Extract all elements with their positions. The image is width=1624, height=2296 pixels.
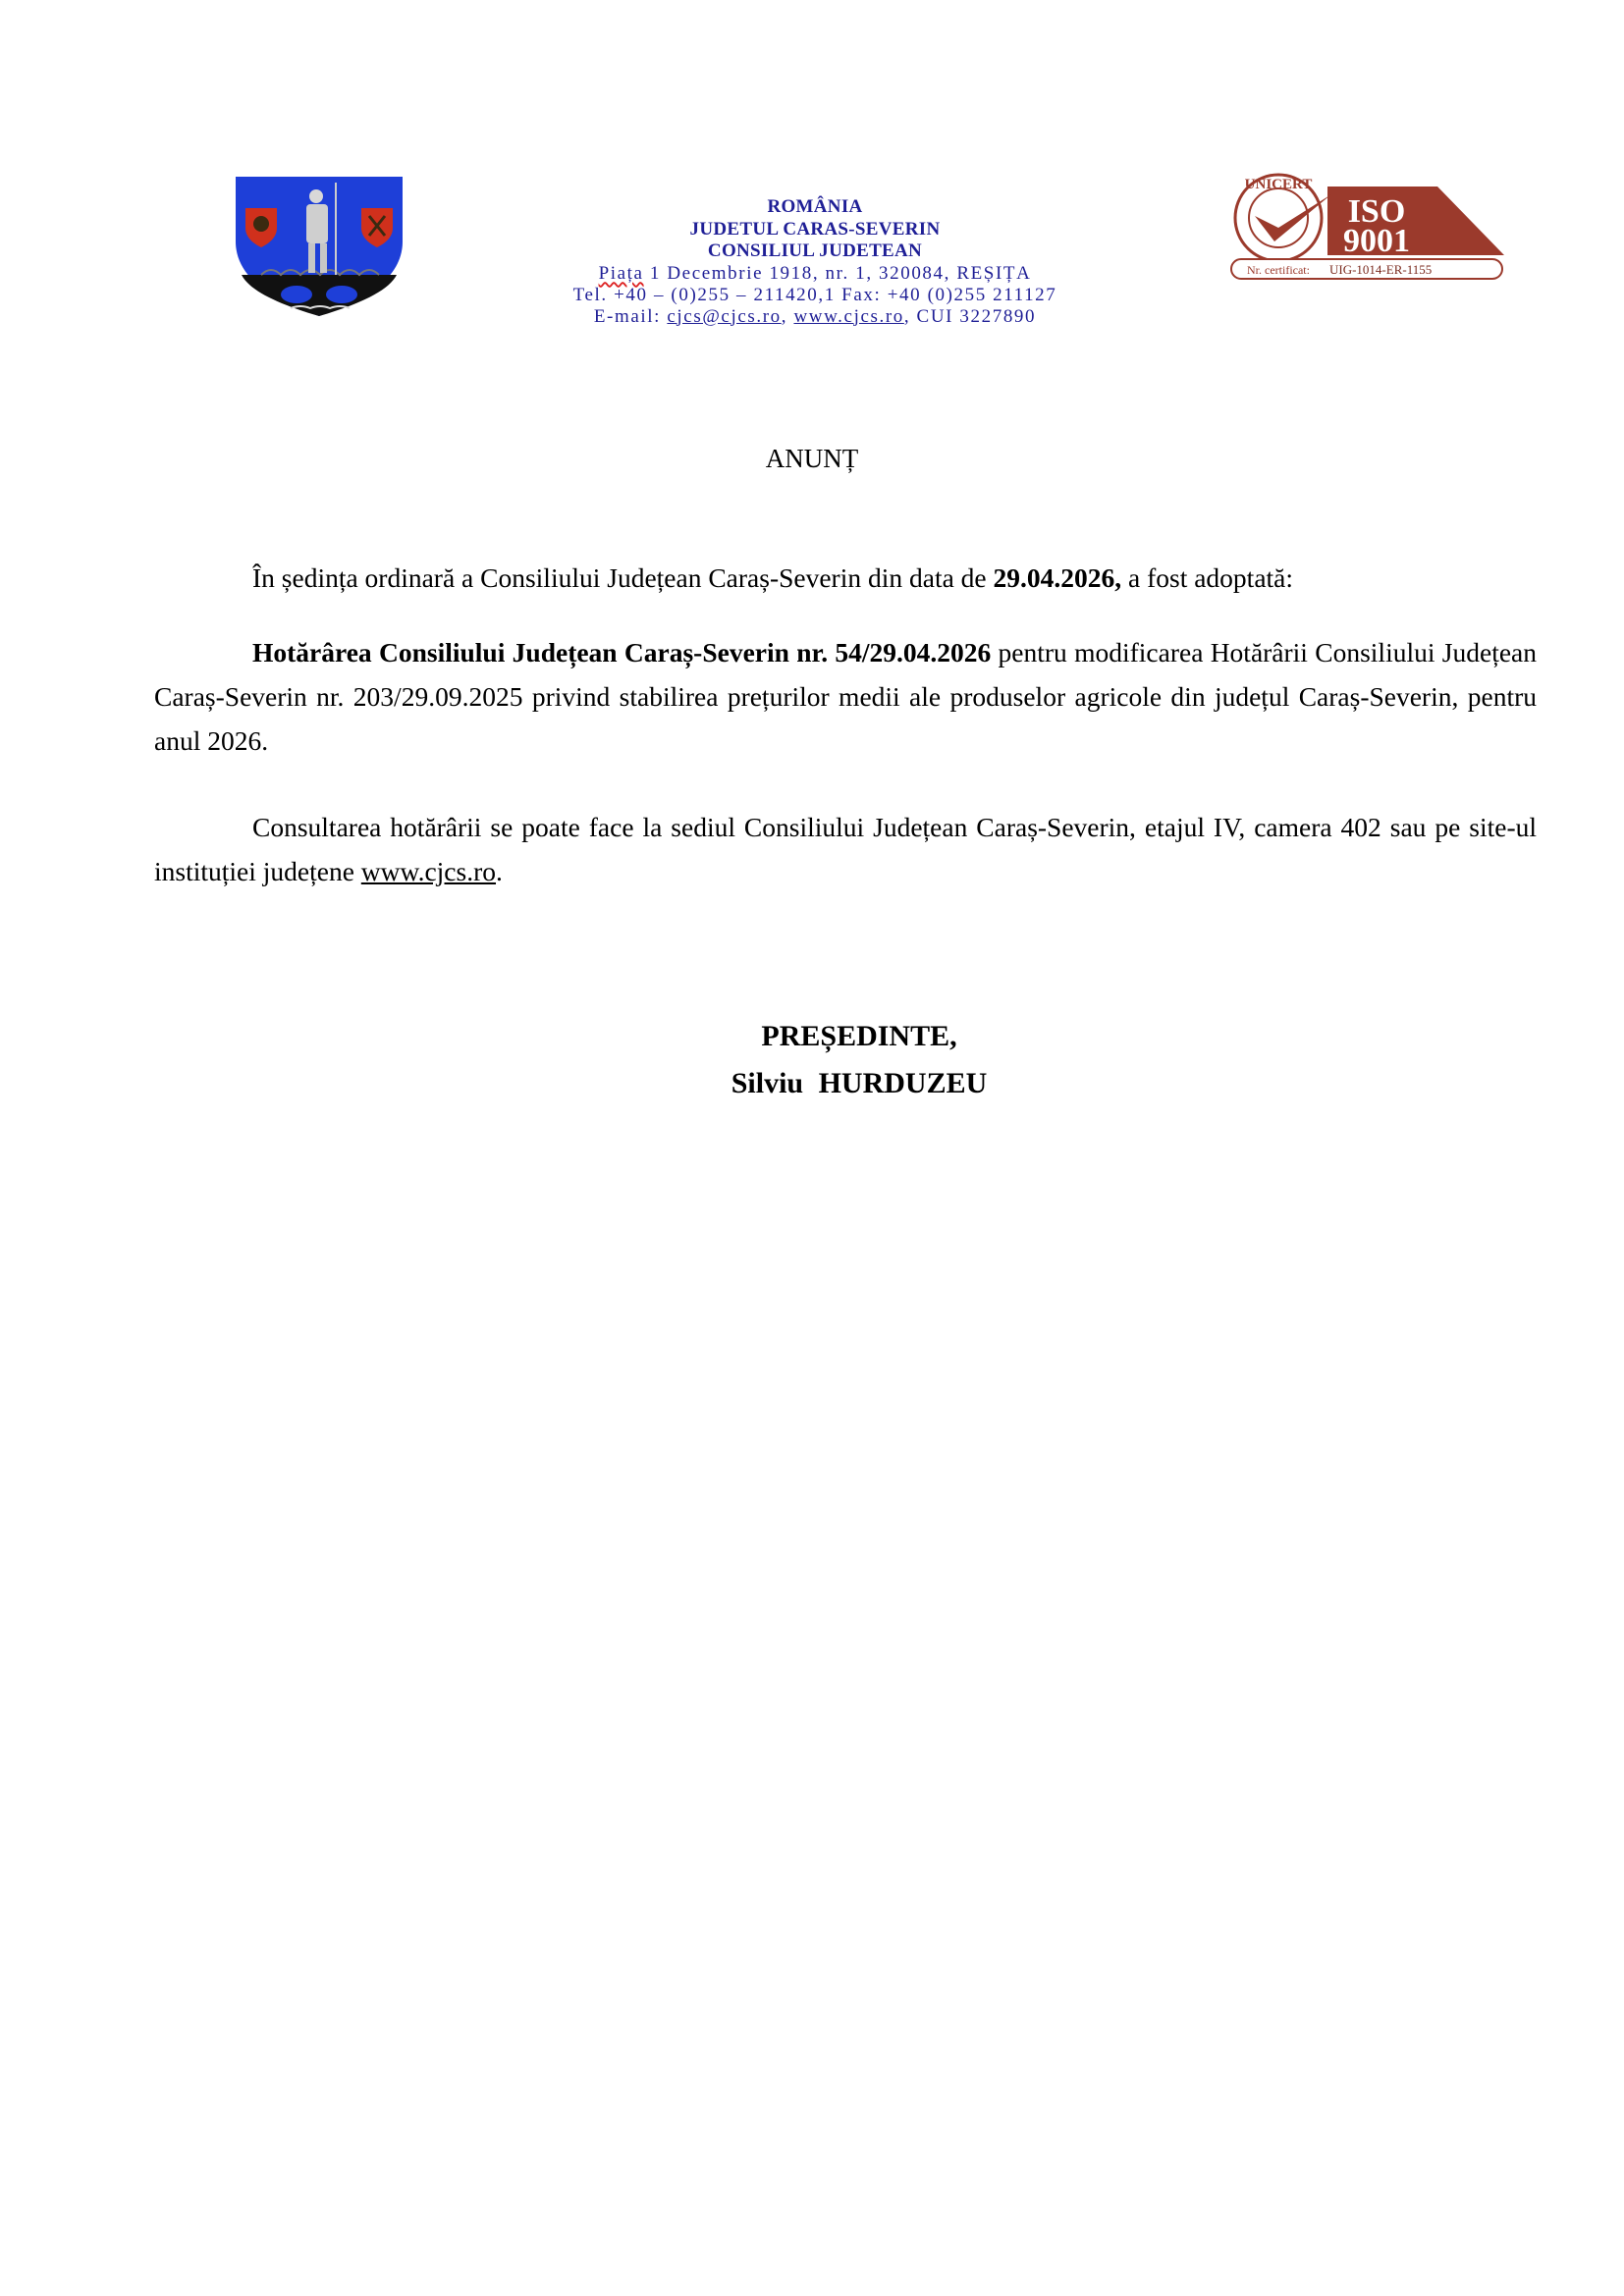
iso-brand: UNICERT xyxy=(1245,177,1313,192)
letterhead-address: Piața 1 Decembrie 1918, nr. 1, 320084, R… xyxy=(461,263,1168,285)
email-label: E-mail: xyxy=(594,306,668,327)
paragraph-decision: Hotărârea Consiliului Județean Caraș-Sev… xyxy=(154,630,1537,763)
address-rest: 1 Decembrie 1918, nr. 1, 320084, REȘIȚA xyxy=(644,263,1032,284)
address-street: Piața xyxy=(599,263,644,284)
website-link[interactable]: www.cjcs.ro xyxy=(793,306,903,327)
letterhead-council: CONSILIUL JUDETEAN xyxy=(461,240,1168,263)
letterhead-county: JUDETUL CARAS-SEVERIN xyxy=(461,219,1168,241)
coat-of-arms-icon xyxy=(232,173,406,318)
p1-tail: a fost adoptată: xyxy=(1121,562,1293,593)
letterhead-contact: E-mail: cjcs@cjcs.ro, www.cjcs.ro, CUI 3… xyxy=(461,306,1168,328)
p3-tail: . xyxy=(496,856,503,886)
letterhead: ROMÂNIA JUDETUL CARAS-SEVERIN CONSILIUL … xyxy=(461,196,1168,328)
paragraph-consultation: Consultarea hotărârii se poate face la s… xyxy=(154,805,1537,893)
website-link-body[interactable]: www.cjcs.ro xyxy=(361,856,496,886)
signature-block: PREȘEDINTE, Silviu HURDUZEU xyxy=(609,1013,1110,1107)
iso-cert-label: Nr. certificat: xyxy=(1247,263,1310,277)
email-link[interactable]: cjcs@cjcs.ro xyxy=(667,306,781,327)
cui-text: , CUI 3227890 xyxy=(904,306,1036,327)
paragraph-meeting: În ședința ordinară a Consiliului Județe… xyxy=(154,556,1537,600)
letterhead-phone: Tel. +40 – (0)255 – 211420,1 Fax: +40 (0… xyxy=(461,285,1168,306)
meeting-date: 29.04.2026, xyxy=(994,562,1122,593)
contact-separator: , xyxy=(782,306,794,327)
iso-standard-2: 9001 xyxy=(1343,223,1410,259)
document-title: ANUNȚ xyxy=(0,444,1624,474)
decision-title: Hotărârea Consiliului Județean Caraș-Sev… xyxy=(252,637,991,667)
letterhead-country: ROMÂNIA xyxy=(461,196,1168,219)
iso-cert-number: UIG-1014-ER-1155 xyxy=(1329,262,1432,277)
signature-role: PREȘEDINTE, xyxy=(609,1013,1110,1060)
p1-text: În ședința ordinară a Consiliului Județe… xyxy=(252,562,994,593)
signature-name: Silviu HURDUZEU xyxy=(609,1060,1110,1107)
iso-certification-logo-icon: UNICERT ISO 9001 Nr. certificat: UIG-101… xyxy=(1229,173,1506,283)
